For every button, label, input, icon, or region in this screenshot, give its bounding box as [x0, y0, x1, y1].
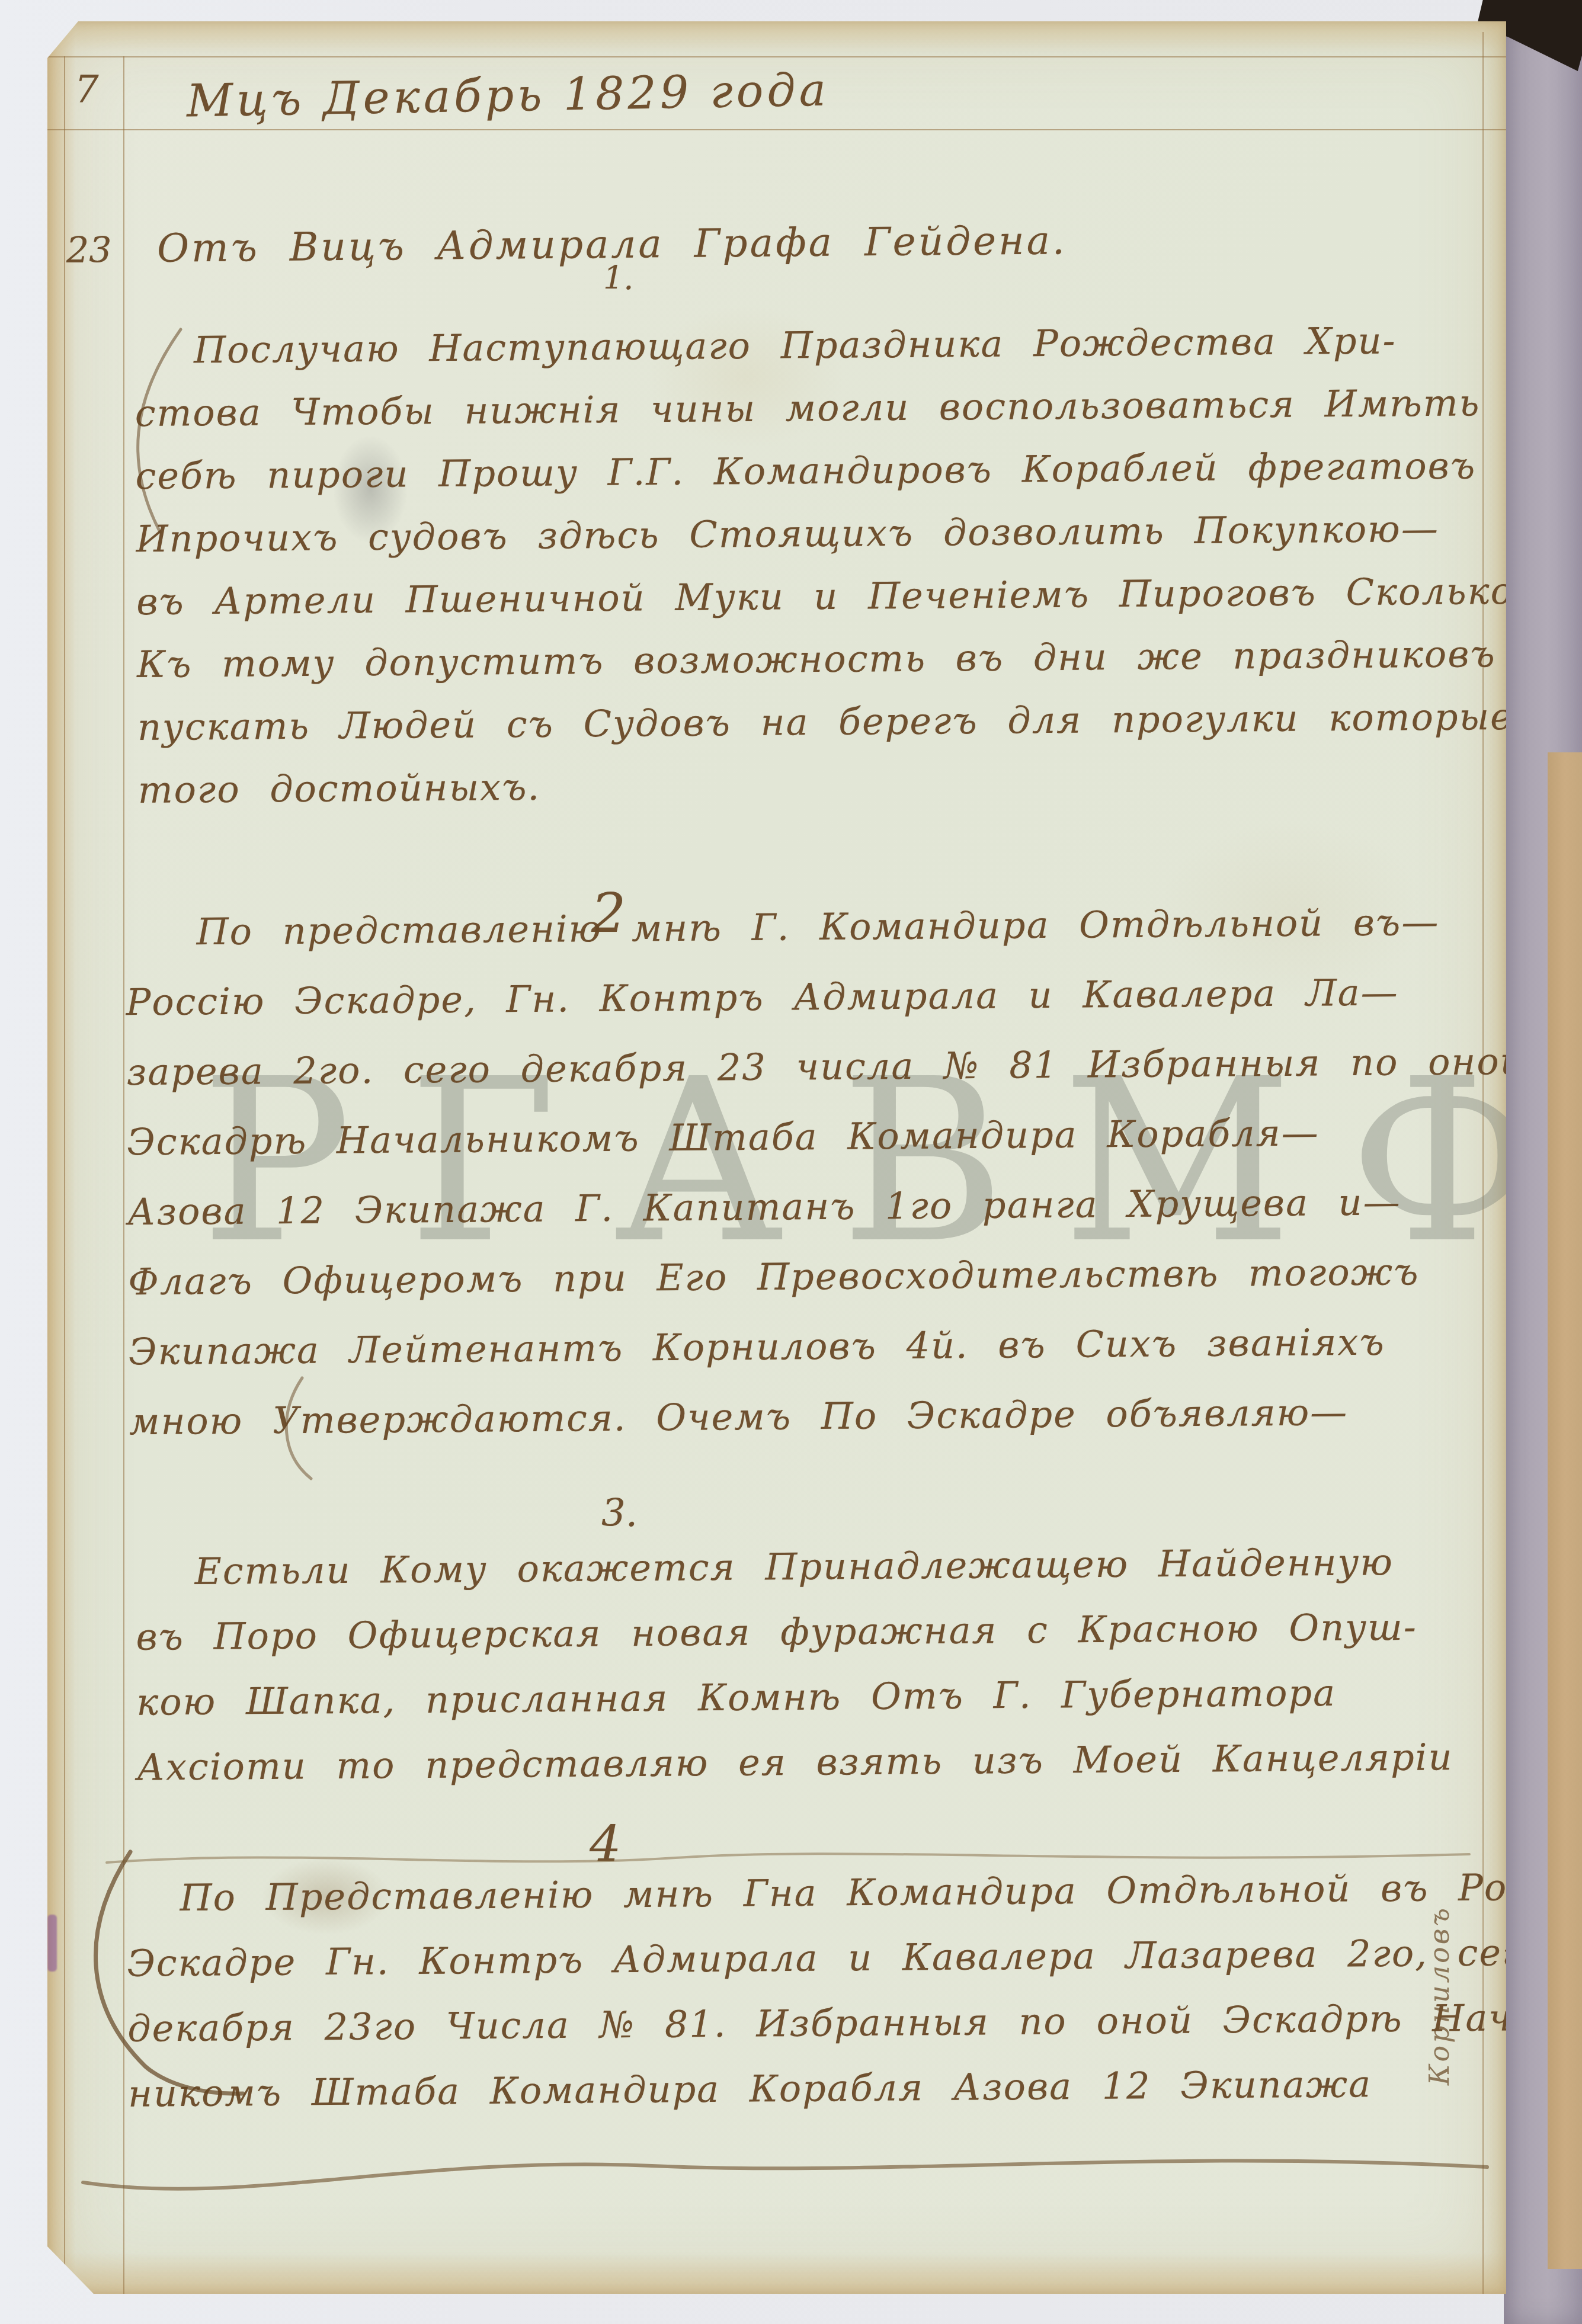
- pen-flourishes: [47, 21, 1506, 2294]
- underlying-page-edge: [1548, 752, 1582, 2269]
- marginalia-vertical-note: Корниловъ: [1423, 1906, 1455, 2085]
- manuscript-page: РГАВМФ 7 Мцъ Декабрь 1829 года 23 Отъ Ви…: [47, 21, 1506, 2294]
- purple-edge-mark: [47, 1915, 57, 1972]
- scanner-background: РГАВМФ 7 Мцъ Декабрь 1829 года 23 Отъ Ви…: [0, 0, 1582, 2324]
